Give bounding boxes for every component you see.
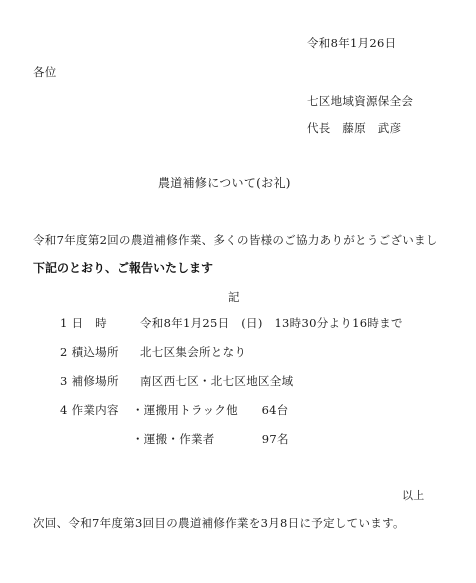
closing-text: 以上 [402,487,425,503]
item-row-loading-place: 2 積込場所北七区集会所となり [60,344,246,360]
greeting-paragraph: 令和7年度第2回の農道補修作業、多くの皆様のご協力ありがとうございまし [33,232,438,248]
report-intro: 下記のとおり、ご報告いたします [33,259,213,276]
item-row-workers: ・運搬・作業者 97名 [60,431,289,447]
document-date: 令和8年1月26日 [307,35,396,51]
organization-name: 七区地域資源保全会 [307,93,413,109]
item-value: 南区西七区・北七区地区全域 [140,374,293,388]
addressee: 各位 [33,64,57,80]
item-value: ・運搬用トラック他 64台 [132,403,289,417]
representative-name: 代長 藤原 武彦 [307,120,401,136]
next-notice: 次回、令和7年度第3回目の農道補修作業を3月8日に予定しています。 [33,515,405,531]
item-value: 北七区集会所となり [140,345,246,359]
item-label: 2 積込場所 [60,344,140,360]
item-value: ・運搬・作業者 97名 [132,432,289,446]
document-title: 農道補修について(お礼) [158,174,291,191]
item-label: 3 補修場所 [60,373,140,389]
item-label: 4 作業内容 [60,402,132,418]
item-row-work-content: 4 作業内容・運搬用トラック他 64台 [60,402,289,418]
ki-heading: 記 [228,289,240,305]
item-label: 1 日 時 [60,315,140,331]
item-row-repair-place: 3 補修場所南区西七区・北七区地区全域 [60,373,293,389]
item-row-datetime: 1 日 時令和8年1月25日 (日) 13時30分より16時まで [60,315,403,331]
item-value: 令和8年1月25日 (日) 13時30分より16時まで [140,316,403,330]
